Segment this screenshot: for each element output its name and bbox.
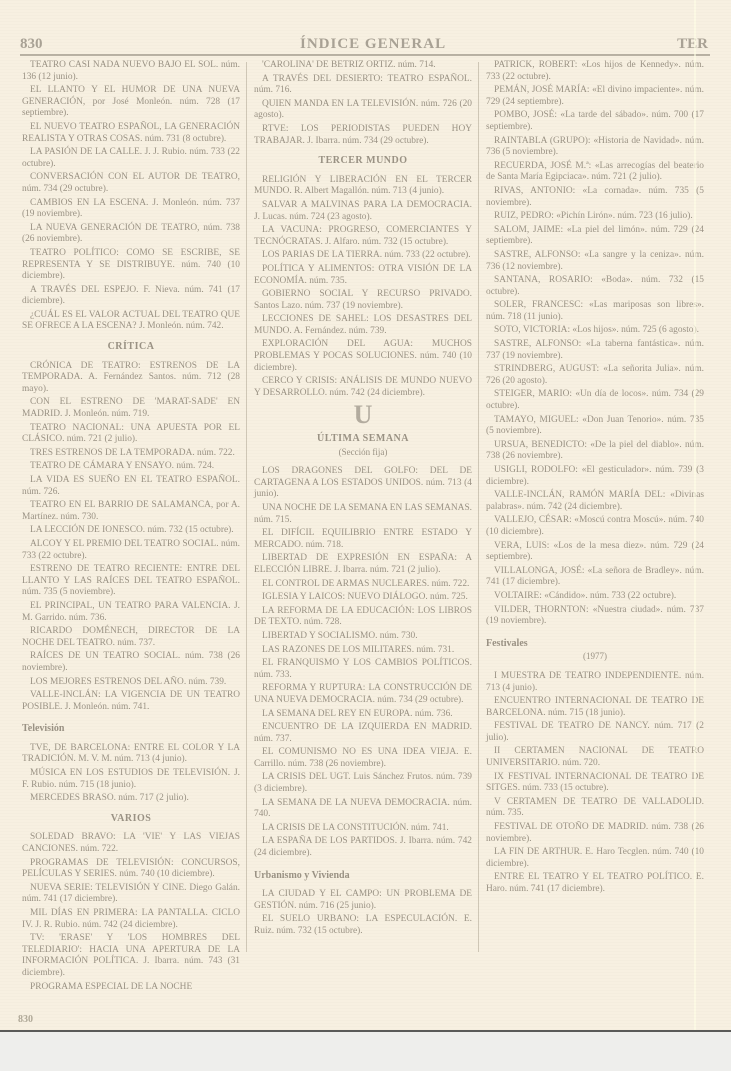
index-entry: URSUA, BENEDICTO: «De la piel del diablo…: [486, 440, 704, 463]
index-entry: CON EL ESTRENO DE 'MARAT-SADE' EN MADRID…: [22, 397, 240, 420]
index-entry: TEATRO CASI NADA NUEVO BAJO EL SOL. núm.…: [22, 60, 240, 83]
index-column-3: PATRICK, ROBERT: «Los hijos de Kennedy».…: [486, 60, 704, 898]
index-entry: TV: 'ERASE' Y 'LOS HOMBRES DEL TELEDIARI…: [22, 933, 240, 979]
index-entry: CERCO Y CRISIS: ANÁLISIS DE MUNDO NUEVO …: [254, 376, 472, 399]
index-entry: IGLESIA Y LAICOS: NUEVO DIÁLOGO. núm. 72…: [254, 592, 472, 604]
index-entry: LA PASIÓN DE LA CALLE. J. J. Rubio. núm.…: [22, 147, 240, 170]
column-divider: [246, 62, 247, 952]
index-entry: POLÍTICA Y ALIMENTOS: OTRA VISIÓN DE LA …: [254, 264, 472, 287]
index-entry: ENTRE EL TEATRO Y EL TEATRO POLÍTICO. E.…: [486, 872, 704, 895]
index-entry: SALVAR A MALVINAS PARA LA DEMOCRACIA. J.…: [254, 200, 472, 223]
index-entry: LA VIDA ES SUEÑO EN EL TEATRO ESPAÑOL. n…: [22, 475, 240, 498]
index-entry: LECCIONES DE SAHEL: LOS DESASTRES DEL MU…: [254, 314, 472, 337]
index-entry: RELIGIÓN Y LIBERACIÓN EN EL TERCER MUNDO…: [254, 175, 472, 198]
index-entry: V CERTAMEN DE TEATRO DE VALLADOLID. núm.…: [486, 797, 704, 820]
index-entry: LA LECCIÓN DE IONESCO. núm. 732 (15 octu…: [22, 525, 240, 537]
index-entry: LA SEMANA DE LA NUEVA DEMOCRACIA. núm. 7…: [254, 798, 472, 821]
index-entry: LA ESPAÑA DE LOS PARTIDOS. J. Ibarra. nú…: [254, 836, 472, 859]
index-entry: EL PRINCIPAL, UN TEATRO PARA VALENCIA. J…: [22, 601, 240, 624]
section-heading: (1977): [486, 651, 704, 663]
index-entry: EL CONTROL DE ARMAS NUCLEARES. núm. 722.: [254, 579, 472, 591]
index-entry: FESTIVAL DE OTOÑO DE MADRID. núm. 738 (2…: [486, 822, 704, 845]
index-entry: LA FIN DE ARTHUR. E. Haro Tecglen. núm. …: [486, 847, 704, 870]
index-entry: EL FRANQUISMO Y LOS CAMBIOS POLÍTICOS. n…: [254, 658, 472, 681]
index-entry: PATRICK, ROBERT: «Los hijos de Kennedy».…: [486, 60, 704, 83]
index-entry: TEATRO DE CÁMARA Y ENSAYO. núm. 724.: [22, 461, 240, 473]
section-heading: CRÍTICA: [22, 341, 240, 353]
running-title: ÍNDICE GENERAL: [300, 36, 446, 53]
index-entry: SANTANA, ROSARIO: «Boda». núm. 732 (15 o…: [486, 275, 704, 298]
index-entry: II CERTAMEN NACIONAL DE TEATRO UNIVERSIT…: [486, 746, 704, 769]
index-entry: EL COMUNISMO NO ES UNA IDEA VIEJA. E. Ca…: [254, 747, 472, 770]
index-entry: POMBO, JOSÉ: «La tarde del sábado». núm.…: [486, 110, 704, 133]
index-entry: LA REFORMA DE LA EDUCACIÓN: LOS LIBROS D…: [254, 606, 472, 629]
index-column-2: 'CAROLINA' DE BETRIZ ORTIZ. núm. 714.A T…: [254, 60, 472, 940]
page-number: 830: [20, 36, 43, 53]
index-entry: GOBIERNO SOCIAL Y RECURSO PRIVADO. Santo…: [254, 289, 472, 312]
index-entry: LOS DRAGONES DEL GOLFO: DEL DE CARTAGENA…: [254, 466, 472, 501]
section-heading: Festivales: [486, 638, 704, 650]
index-entry: LAS RAZONES DE LOS MILITARES. núm. 731.: [254, 645, 472, 657]
index-entry: ¿CUÁL ES EL VALOR ACTUAL DEL TEATRO QUE …: [22, 310, 240, 333]
section-heading: ÚLTIMA SEMANA: [254, 433, 472, 445]
header-rule: [20, 54, 710, 56]
index-entry: LIBERTAD DE EXPRESIÓN EN ESPAÑA: A ELECC…: [254, 553, 472, 576]
index-entry: SOLEDAD BRAVO: LA 'VIE' Y LAS VIEJAS CAN…: [22, 832, 240, 855]
index-entry: ENCUENTRO DE LA IZQUIERDA EN MADRID. núm…: [254, 722, 472, 745]
index-entry: ENCUENTRO INTERNACIONAL DE TEATRO DE BAR…: [486, 696, 704, 719]
index-entry: SOTO, VICTORIA: «Los hijos». núm. 725 (6…: [486, 325, 704, 337]
section-heading: Televisión: [22, 723, 240, 735]
index-entry: A TRAVÉS DEL ESPEJO. F. Nieva. núm. 741 …: [22, 285, 240, 308]
index-entry: QUIEN MANDA EN LA TELEVISIÓN. núm. 726 (…: [254, 99, 472, 122]
index-entry: ESTRENO DE TEATRO RECIENTE: ENTRE DEL LL…: [22, 564, 240, 599]
index-entry: VILLALONGA, JOSÉ: «La señora de Bradley»…: [486, 566, 704, 589]
index-entry: EXPLORACIÓN DEL AGUA: MUCHOS PROBLEMAS Y…: [254, 339, 472, 374]
index-entry: VOLTAIRE: «Cándido». núm. 733 (22 octubr…: [486, 591, 704, 603]
index-entry: TRES ESTRENOS DE LA TEMPORADA. núm. 722.: [22, 448, 240, 460]
page-fold: [694, 0, 696, 1030]
index-entry: LOS MEJORES ESTRENOS DEL AÑO. núm. 739.: [22, 677, 240, 689]
index-entry: MÚSICA EN LOS ESTUDIOS DE TELEVISIÓN. J.…: [22, 768, 240, 791]
index-entry: RICARDO DOMÉNECH, DIRECTOR DE LA NOCHE D…: [22, 626, 240, 649]
index-entry: NUEVA SERIE: TELEVISIÓN Y CINE. Diego Ga…: [22, 883, 240, 906]
index-entry: LIBERTAD Y SOCIALISMO. núm. 730.: [254, 631, 472, 643]
index-entry: VALLE-INCLÁN, RAMÓN MARÍA DEL: «Divinas …: [486, 490, 704, 513]
index-entry: TEATRO NACIONAL: UNA APUESTA POR EL CLÁS…: [22, 423, 240, 446]
column-divider: [478, 62, 479, 952]
index-entry: SOLER, FRANCESC: «Las mariposas son libr…: [486, 300, 704, 323]
index-entry: LA CRISIS DE LA CONSTITUCIÓN. núm. 741.: [254, 823, 472, 835]
index-entry: LOS PARIAS DE LA TIERRA. núm. 733 (22 oc…: [254, 250, 472, 262]
section-heading: Urbanismo y Vivienda: [254, 870, 472, 882]
index-entry: EL LLANTO Y EL HUMOR DE UNA NUEVA GENERA…: [22, 85, 240, 120]
index-entry: VALLEJO, CÉSAR: «Moscú contra Moscú». nú…: [486, 515, 704, 538]
index-entry: TAMAYO, MIGUEL: «Don Juan Tenorio». núm.…: [486, 415, 704, 438]
section-heading: VARIOS: [22, 813, 240, 825]
index-entry: SASTRE, ALFONSO: «La taberna fantástica»…: [486, 339, 704, 362]
index-entry: VERA, LUIS: «Los de la mesa diez». núm. …: [486, 541, 704, 564]
index-entry: USIGLI, RODOLFO: «El gesticulador». núm.…: [486, 465, 704, 488]
index-entry: EL DIFÍCIL EQUILIBRIO ENTRE ESTADO Y MER…: [254, 528, 472, 551]
index-entry: TEATRO EN EL BARRIO DE SALAMANCA, por A.…: [22, 500, 240, 523]
index-entry: 'CAROLINA' DE BETRIZ ORTIZ. núm. 714.: [254, 60, 472, 72]
index-entry: LA VACUNA: PROGRESO, COMERCIANTES Y TECN…: [254, 225, 472, 248]
index-entry: RUIZ, PEDRO: «Pichín Lirón». núm. 723 (1…: [486, 211, 704, 223]
index-entry: CRÓNICA DE TEATRO: ESTRENOS DE LA TEMPOR…: [22, 361, 240, 396]
section-heading: (Sección fija): [254, 447, 472, 459]
index-entry: LA NUEVA GENERACIÓN DE TEATRO, núm. 738 …: [22, 223, 240, 246]
running-header: 830 ÍNDICE GENERAL TER: [20, 36, 708, 54]
index-entry: LA CIUDAD Y EL CAMPO: UN PROBLEMA DE GES…: [254, 889, 472, 912]
index-entry: IX FESTIVAL INTERNACIONAL DE TEATRO DE S…: [486, 772, 704, 795]
section-key: TER: [677, 36, 708, 53]
section-heading: TERCER MUNDO: [254, 155, 472, 167]
index-entry: STEIGER, MARIO: «Un día de locos». núm. …: [486, 389, 704, 412]
index-entry: SALOM, JAIME: «La piel del limón». núm. …: [486, 225, 704, 248]
page-mark: 830: [18, 1014, 33, 1025]
index-entry: CONVERSACIÓN CON EL AUTOR DE TEATRO, núm…: [22, 172, 240, 195]
index-entry: MERCEDES BRASO. núm. 717 (2 julio).: [22, 793, 240, 805]
scanned-page: 830 ÍNDICE GENERAL TER TEATRO CASI NADA …: [0, 0, 731, 1030]
index-entry: UNA NOCHE DE LA SEMANA EN LAS SEMANAS. n…: [254, 503, 472, 526]
index-entry: MIL DÍAS EN PRIMERA: LA PANTALLA. CICLO …: [22, 908, 240, 931]
index-entry: SASTRE, ALFONSO: «La sangre y la ceniza»…: [486, 250, 704, 273]
index-entry: RAINTABLA (GRUPO): «Historia de Navidad»…: [486, 136, 704, 159]
index-entry: TEATRO POLÍTICO: COMO SE ESCRIBE, SE REP…: [22, 248, 240, 283]
index-entry: PROGRAMAS DE TELEVISIÓN: CONCURSOS, PELÍ…: [22, 858, 240, 881]
index-entry: RTVE: LOS PERIODISTAS PUEDEN HOY TRABAJA…: [254, 124, 472, 147]
index-entry: VILDER, THORNTON: «Nuestra ciudad». núm.…: [486, 605, 704, 628]
scanner-margin: [0, 1030, 731, 1071]
index-entry: ALCOY Y EL PREMIO DEL TEATRO SOCIAL. núm…: [22, 539, 240, 562]
index-entry: FESTIVAL DE TEATRO DE NANCY. núm. 717 (2…: [486, 721, 704, 744]
index-entry: PEMÁN, JOSÉ MARÍA: «El divino impaciente…: [486, 85, 704, 108]
index-entry: RAÍCES DE UN TEATRO SOCIAL. núm. 738 (26…: [22, 651, 240, 674]
index-entry: CAMBIOS EN LA ESCENA. J. Monleón. núm. 7…: [22, 198, 240, 221]
index-entry: RIVAS, ANTONIO: «La cornada». núm. 735 (…: [486, 186, 704, 209]
index-column-1: TEATRO CASI NADA NUEVO BAJO EL SOL. núm.…: [22, 60, 240, 995]
index-entry: LA CRISIS DEL UGT. Luis Sánchez Frutos. …: [254, 772, 472, 795]
index-entry: RECUERDA, JOSÉ M.ª: «Las arrecogías del …: [486, 161, 704, 184]
index-entry: A TRAVÉS DEL DESIERTO: TEATRO ESPAÑOL. n…: [254, 74, 472, 97]
alphabet-letter: U: [254, 409, 472, 421]
index-entry: I MUESTRA DE TEATRO INDEPENDIENTE. núm. …: [486, 671, 704, 694]
index-entry: LA SEMANA DEL REY EN EUROPA. núm. 736.: [254, 709, 472, 721]
index-entry: REFORMA Y RUPTURA: LA CONSTRUCCIÓN DE UN…: [254, 683, 472, 706]
index-entry: PROGRAMA ESPECIAL DE LA NOCHE: [22, 982, 240, 994]
index-entry: STRINDBERG, AUGUST: «La señorita Julia».…: [486, 364, 704, 387]
index-entry: EL NUEVO TEATRO ESPAÑOL, LA GENERACIÓN R…: [22, 122, 240, 145]
index-entry: TVE, DE BARCELONA: ENTRE EL COLOR Y LA T…: [22, 743, 240, 766]
index-entry: VALLE-INCLÁN: LA VIGENCIA DE UN TEATRO P…: [22, 690, 240, 713]
index-entry: EL SUELO URBANO: LA ESPECULACIÓN. E. Rui…: [254, 914, 472, 937]
